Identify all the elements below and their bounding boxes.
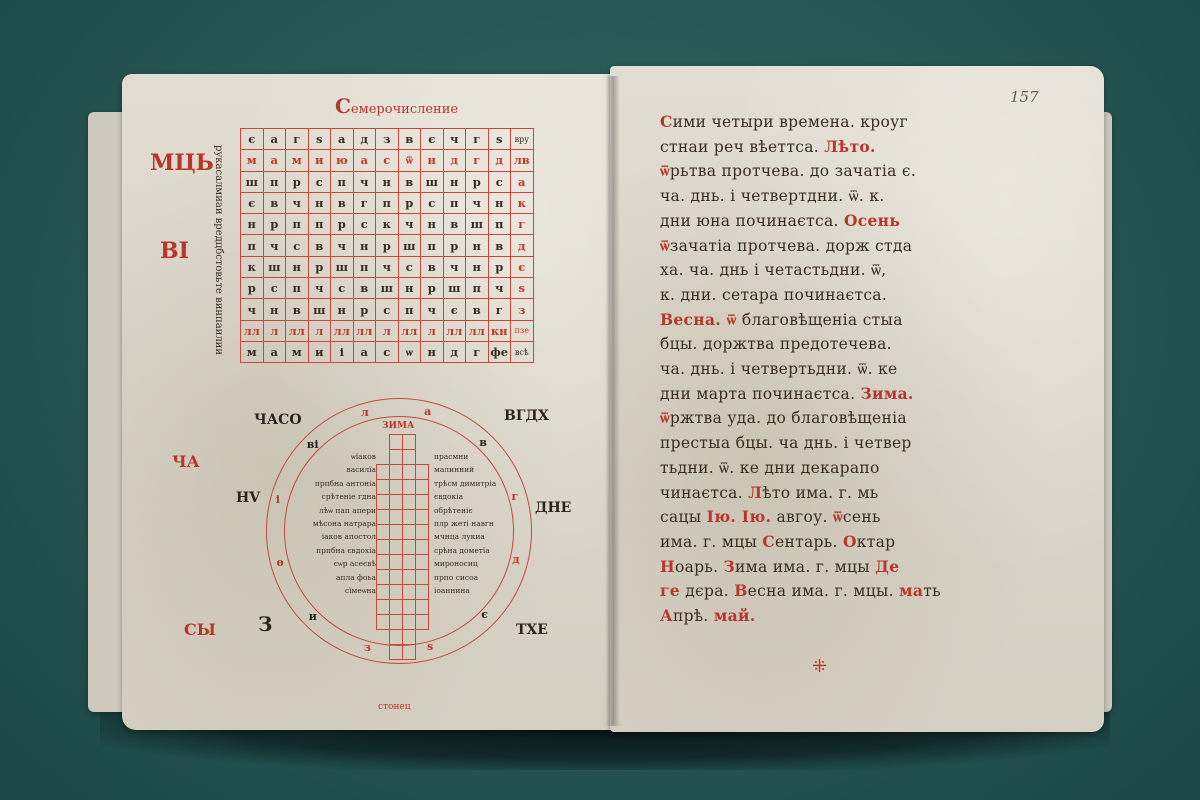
grid-row: рспчсвшнршпчѕ <box>241 278 534 299</box>
inner-cell <box>390 525 403 540</box>
rubric: С <box>660 112 673 131</box>
text-segment: рьтва протчева. до зачатіа є. <box>670 162 916 180</box>
title-rest: емерочисление <box>351 102 458 117</box>
inner-cell <box>377 465 390 480</box>
inner-cell <box>403 495 416 510</box>
rubric: ѿ <box>721 310 737 329</box>
grid-cell: фе <box>488 341 511 362</box>
ring-letter: є <box>481 608 488 621</box>
grid-cell: є <box>511 256 534 277</box>
grid-cell: ш <box>466 214 489 235</box>
grid-cell: д <box>443 341 466 362</box>
inner-cell <box>390 570 403 585</box>
grid-cell: л <box>263 320 286 341</box>
grid-row: шпрспчнвшнрса <box>241 171 534 192</box>
grid-cell: н <box>488 192 511 213</box>
grid-cell: п <box>398 299 421 320</box>
grid-cell: лл <box>286 320 309 341</box>
circle-inner-table <box>376 434 429 660</box>
text-segment: ктар <box>857 533 896 551</box>
grid-cell: м <box>241 150 264 171</box>
inner-cell <box>403 435 416 450</box>
grid-cell: с <box>376 341 399 362</box>
text-line: Апрѣ. май. <box>660 604 1030 629</box>
grid-cell: н <box>421 214 444 235</box>
rubric: май. <box>714 606 756 625</box>
inner-cell <box>377 630 390 645</box>
rubric: ѿ <box>660 236 670 255</box>
ring-letter: ѳ <box>277 556 284 569</box>
grid-cell: є <box>241 129 264 150</box>
grid-cell: п <box>286 278 309 299</box>
ornament-icon: ⁜ <box>812 656 827 677</box>
inner-cell <box>403 630 416 645</box>
grid-cell: а <box>263 129 286 150</box>
grid-cell: є <box>421 129 444 150</box>
grid-cell: р <box>263 214 286 235</box>
rubric: Зима. <box>861 384 914 403</box>
ring-letter: з <box>364 641 371 654</box>
grid-cell: с <box>286 235 309 256</box>
grid-row: мамиюасѿндгдлв <box>241 150 534 171</box>
inner-cell <box>390 450 403 465</box>
ring-letter: л <box>361 406 369 419</box>
grid-cell: с <box>398 256 421 277</box>
grid-cell: всѣ <box>511 341 534 362</box>
text-line: има. г. мцы Сентарь. Октар <box>660 530 1030 555</box>
grid-cell: р <box>421 278 444 299</box>
inner-cell <box>416 600 429 615</box>
text-line: ча. днь. і четвертьдни. ѿ. ке <box>660 357 1030 382</box>
grid-cell: г <box>466 150 489 171</box>
saint-name: євдокіа <box>434 490 516 503</box>
grid-cell: ч <box>443 256 466 277</box>
ring-letter: и <box>309 610 317 623</box>
grid-cell: лл <box>353 320 376 341</box>
grid-cell: р <box>353 299 376 320</box>
inner-cell <box>377 510 390 525</box>
grid-cell: г <box>286 129 309 150</box>
grid-row: ллллллллллллллллллкнпзе <box>241 320 534 341</box>
grid-cell: ч <box>398 214 421 235</box>
saint-name: іоаннина <box>434 584 516 597</box>
saint-name: іаков апостол <box>302 530 376 543</box>
grid-cell: ш <box>263 256 286 277</box>
grid-cell: с <box>376 150 399 171</box>
grid-cell: п <box>286 214 309 235</box>
text-segment: дни марта починаєтса. <box>660 385 861 403</box>
rubric: Осень <box>844 211 900 230</box>
circle-bottom-label: стонец <box>378 702 411 712</box>
inner-cell <box>377 570 390 585</box>
rubric: Лѣто. <box>824 137 875 156</box>
grid-cell: в <box>308 235 331 256</box>
grid-cell: и <box>308 341 331 362</box>
grid-cell: кн <box>488 320 511 341</box>
inner-cell <box>403 600 416 615</box>
inner-cell <box>416 495 429 510</box>
grid-cell: ч <box>488 278 511 299</box>
grid-cell: лв <box>511 150 534 171</box>
text-segment: стнаи реч вѣеттса. <box>660 138 824 156</box>
text-line: престыа бцы. ча днь. і четвер <box>660 431 1030 456</box>
inner-cell <box>403 450 416 465</box>
grid-cell: р <box>331 214 354 235</box>
grid-row: мамиіасѡндгфевсѣ <box>241 341 534 362</box>
inner-cell <box>416 510 429 525</box>
grid-cell: в <box>263 192 286 213</box>
grid-cell: р <box>443 235 466 256</box>
grid-cell: г <box>466 341 489 362</box>
text-line: ѿзачатіа протчева. дорж стда <box>660 234 1030 259</box>
saint-name: срѣтеніе гдна <box>302 490 376 503</box>
rubric: Де <box>875 557 899 576</box>
rubric: ѿ <box>660 161 670 180</box>
grid-cell: ч <box>376 256 399 277</box>
saint-name: малинний <box>434 463 516 476</box>
text-line: ча. днь. і четвертдни. ѿ. к. <box>660 184 1030 209</box>
grid-cell: ш <box>308 299 331 320</box>
inner-cell <box>416 585 429 600</box>
saint-name: ѡїаков <box>302 450 376 463</box>
grid-cell: н <box>421 341 444 362</box>
text-segment: престыа бцы. ча днь. і четвер <box>660 434 912 452</box>
page-title: Семерочисление <box>335 94 458 118</box>
grid-cell: лл <box>398 320 421 341</box>
grid-cell: и <box>308 150 331 171</box>
text-line: тьдни. ѿ. ке дни декарапо <box>660 456 1030 481</box>
saint-name: плр жеті навгн <box>434 517 516 530</box>
text-line: ха. ча. днь і четастьдни. ѿ, <box>660 258 1030 283</box>
corner-label-bottom-left: З <box>258 612 272 636</box>
text-segment: есна има. г. мцы. <box>748 582 899 600</box>
circle-top-label: ЗИМА <box>382 421 414 431</box>
grid-cell: ч <box>308 278 331 299</box>
inner-cell <box>390 480 403 495</box>
grid-cell: н <box>376 171 399 192</box>
grid-cell: пзе <box>511 320 534 341</box>
grid-cell: л <box>421 320 444 341</box>
grid-cell: ч <box>466 192 489 213</box>
text-segment: ха. ча. днь і четастьдни. ѿ, <box>660 261 886 279</box>
grid-cell: ч <box>286 192 309 213</box>
grid-cell: с <box>308 171 331 192</box>
grid-cell: є <box>443 299 466 320</box>
grid-cell: п <box>488 214 511 235</box>
rubric: Весна. <box>660 310 721 329</box>
inner-cell <box>416 570 429 585</box>
grid-cell: ш <box>376 278 399 299</box>
grid-cell: ч <box>263 235 286 256</box>
rubric: Н <box>660 557 675 576</box>
title-initial: С <box>335 94 351 118</box>
grid-cell: а <box>263 150 286 171</box>
grid-cell: р <box>488 256 511 277</box>
rubric: С <box>762 532 775 551</box>
inner-cell <box>390 645 403 660</box>
grid-cell: ш <box>398 235 421 256</box>
grid-cell: з <box>376 129 399 150</box>
text-segment: дни юна починаєтса. <box>660 212 844 230</box>
text-segment: к. дни. сетара починаєтса. <box>660 286 887 304</box>
inner-cell <box>377 645 390 660</box>
grid-cell: г <box>466 129 489 150</box>
grid-cell: д <box>488 150 511 171</box>
grid-row: пчсвчнршпрнвд <box>241 235 534 256</box>
text-segment: прѣ. <box>673 607 714 625</box>
grid-cell: с <box>488 171 511 192</box>
grid-cell: ѕ <box>511 278 534 299</box>
inner-cell <box>390 465 403 480</box>
rubric: Ію. Ію. <box>707 507 772 526</box>
text-segment: сень <box>843 508 881 526</box>
text-segment: дєра. <box>680 582 734 600</box>
grid-row: чнвшнрспчєвгз <box>241 299 534 320</box>
grid-cell: а <box>511 171 534 192</box>
manuscript-text: Сими четыри времена. кроугстнаи реч вѣет… <box>660 110 1030 629</box>
grid-cell: в <box>398 171 421 192</box>
inner-cell <box>416 615 429 630</box>
grid-cell: п <box>241 235 264 256</box>
inner-cell <box>403 645 416 660</box>
ring-letter: а <box>424 405 431 418</box>
grid-cell: а <box>331 129 354 150</box>
inner-cell <box>390 585 403 600</box>
grid-cell: в <box>331 192 354 213</box>
grid-cell: к <box>511 192 534 213</box>
text-line: стнаи реч вѣеттса. Лѣто. <box>660 135 1030 160</box>
grid-cell: с <box>263 278 286 299</box>
text-segment: ѣто има. г. мь <box>762 484 878 502</box>
grid-cell: ч <box>331 235 354 256</box>
text-line: ѿрьтва протчева. до зачатіа є. <box>660 159 1030 184</box>
saint-name: лѣѡ пап апери <box>302 504 376 517</box>
grid-cell: н <box>263 299 286 320</box>
grid-cell: н <box>398 278 421 299</box>
grid-cell: л <box>376 320 399 341</box>
grid-cell: р <box>376 235 399 256</box>
grid-cell: р <box>286 171 309 192</box>
saint-name: срѣна дометїа <box>434 544 516 557</box>
rubric: ма <box>899 581 923 600</box>
grid-cell: ш <box>241 171 264 192</box>
inner-cell <box>377 450 390 465</box>
rubric: ге <box>660 581 680 600</box>
inner-cell <box>377 540 390 555</box>
book-gutter <box>606 76 620 726</box>
grid-cell: р <box>398 192 421 213</box>
inner-cell <box>403 540 416 555</box>
inner-cell <box>416 630 429 645</box>
grid-cell: г <box>488 299 511 320</box>
grid-cell: д <box>353 129 376 150</box>
text-segment: сацы <box>660 508 707 526</box>
margin-label-vi: ВІ <box>160 238 189 264</box>
grid-cell: є <box>241 192 264 213</box>
grid-cell: ѡ <box>398 341 421 362</box>
grid-cell: в <box>421 256 444 277</box>
inner-cell <box>403 465 416 480</box>
grid-cell: в <box>398 129 421 150</box>
grid-cell: п <box>353 256 376 277</box>
saints-left-list: ѡїаковвасилїапрпбна антоніасрѣтеніе гдна… <box>302 450 376 597</box>
saint-name: мѣсона натрара <box>302 517 376 530</box>
corner-label-top-right: ВГДХ <box>504 408 549 424</box>
saint-name: прпо сисоа <box>434 571 516 584</box>
inner-cell <box>390 540 403 555</box>
grid-cell: с <box>353 214 376 235</box>
saint-name: василїа <box>302 463 376 476</box>
text-line: ге дєра. Весна има. г. мцы. мать <box>660 579 1030 604</box>
inner-cell <box>377 480 390 495</box>
text-line: бцы. доржтва предотечева. <box>660 332 1030 357</box>
grid-cell: с <box>376 299 399 320</box>
inner-cell <box>416 450 429 465</box>
grid-cell: в <box>443 214 466 235</box>
grid-cell: н <box>331 299 354 320</box>
inner-cell <box>416 645 429 660</box>
page-number: 157 <box>1010 88 1039 106</box>
grid-cell: ч <box>443 129 466 150</box>
text-line: дни марта починаєтса. Зима. <box>660 382 1030 407</box>
text-segment: ржтва уда. до благовѣщеніа <box>670 409 907 427</box>
inner-cell <box>377 495 390 510</box>
text-segment: зачатіа протчева. дорж стда <box>670 237 912 255</box>
text-segment: тьдни. ѿ. ке дни декарапо <box>660 459 880 477</box>
margin-label-mts: МЦЬ <box>150 150 214 176</box>
grid-cell: лл <box>466 320 489 341</box>
rubric: З <box>724 557 735 576</box>
grid-cell: м <box>241 341 264 362</box>
grid-cell: г <box>353 192 376 213</box>
grid-cell: а <box>353 150 376 171</box>
grid-cell: д <box>511 235 534 256</box>
text-segment: ть <box>923 582 941 600</box>
text-line: дни юна починаєтса. Осень <box>660 209 1030 234</box>
corner-label-mid-right: ДНЕ <box>535 500 571 516</box>
inner-cell <box>403 555 416 570</box>
text-segment: чинаєтса. <box>660 484 748 502</box>
grid-cell: а <box>353 341 376 362</box>
corner-label-bottom-right: ТХЕ <box>516 622 548 638</box>
inner-cell <box>377 585 390 600</box>
corner-label-mid-left: НV <box>236 490 260 506</box>
grid-cell: лл <box>443 320 466 341</box>
grid-cell: д <box>443 150 466 171</box>
grid-cell: п <box>376 192 399 213</box>
inner-cell <box>416 540 429 555</box>
grid-cell: н <box>241 214 264 235</box>
grid-cell: з <box>511 299 534 320</box>
saint-name: апла фоьа <box>302 571 376 584</box>
text-line: Сими четыри времена. кроуг <box>660 110 1030 135</box>
grid-cell: н <box>443 171 466 192</box>
grid-row: євчнвгпрспчнк <box>241 192 534 213</box>
margin-label-cha: ЧА <box>172 452 200 471</box>
grid-cell: п <box>308 214 331 235</box>
text-segment: ча. днь. і четвертдни. ѿ. к. <box>660 187 885 205</box>
grid-cell: ѕ <box>488 129 511 150</box>
text-line: Ноарь. Зима има. г. мцы Де <box>660 555 1030 580</box>
ring-letter: ві <box>307 438 319 451</box>
grid-cell: ч <box>353 171 376 192</box>
grid-cell: п <box>466 278 489 299</box>
grid-row: нрппрскчнвшпг <box>241 214 534 235</box>
inner-cell <box>403 510 416 525</box>
grid-cell: к <box>376 214 399 235</box>
inner-cell <box>403 570 416 585</box>
inner-cell <box>390 495 403 510</box>
text-segment: авгоу. <box>771 508 833 526</box>
text-segment: ентарь. <box>775 533 843 551</box>
grid-cell: в <box>286 299 309 320</box>
inner-cell <box>390 615 403 630</box>
rubric: ѿ <box>833 507 843 526</box>
grid-cell: ч <box>241 299 264 320</box>
inner-cell <box>390 510 403 525</box>
grid-cell: п <box>421 235 444 256</box>
inner-cell <box>390 555 403 570</box>
saints-right-list: прасмнималиннийтрѣсм димитріаєвдокіаобрѣ… <box>434 450 516 597</box>
text-segment: ими четыри времена. кроуг <box>673 113 908 131</box>
inner-cell <box>403 480 416 495</box>
grid-cell: і <box>331 341 354 362</box>
ring-letter: в <box>479 436 487 449</box>
grid-row: кшнршпчсвчнрє <box>241 256 534 277</box>
inner-cell <box>390 600 403 615</box>
grid-cell: вру <box>511 129 534 150</box>
rubric: А <box>660 606 673 625</box>
corner-label-top-left: ЧАСО <box>254 412 302 428</box>
grid-cell: в <box>353 278 376 299</box>
inner-cell <box>416 555 429 570</box>
text-line: к. дни. сетара починаєтса. <box>660 283 1030 308</box>
text-segment: има. г. мцы <box>660 533 762 551</box>
grid-cell: ѕ <box>308 129 331 150</box>
text-line: Весна. ѿ благовѣщеніа стыа <box>660 308 1030 333</box>
inner-cell <box>416 465 429 480</box>
calendar-grid: єагѕадзвєчгѕврумамиюасѿндгдлвшпрспчнвшнр… <box>240 128 534 363</box>
saint-name: трѣсм димитріа <box>434 477 516 490</box>
grid-cell: п <box>263 171 286 192</box>
inner-cell <box>416 480 429 495</box>
rubric: О <box>843 532 857 551</box>
grid-cell: ѿ <box>398 150 421 171</box>
grid-cell: г <box>511 214 534 235</box>
inner-cell <box>390 435 403 450</box>
grid-cell: ю <box>331 150 354 171</box>
grid-cell: н <box>466 256 489 277</box>
text-segment: ча. днь. і четвертьдни. ѿ. ке <box>660 360 898 378</box>
grid-cell: н <box>466 235 489 256</box>
grid-cell: н <box>308 192 331 213</box>
saint-name: сїмеѡна <box>302 584 376 597</box>
text-segment: благовѣщеніа стыа <box>737 311 903 329</box>
grid-row: єагѕадзвєчгѕвру <box>241 129 534 150</box>
grid-cell: м <box>286 150 309 171</box>
inner-cell <box>390 630 403 645</box>
saint-name: мчнца лукиа <box>434 530 516 543</box>
inner-cell <box>377 525 390 540</box>
rubric: Л <box>748 483 762 502</box>
grid-cell: а <box>263 341 286 362</box>
grid-cell: п <box>331 171 354 192</box>
grid-cell: л <box>308 320 331 341</box>
grid-cell: р <box>241 278 264 299</box>
grid-cell: лл <box>241 320 264 341</box>
margin-label-sy: СЫ <box>184 620 216 639</box>
grid-cell: ш <box>421 171 444 192</box>
